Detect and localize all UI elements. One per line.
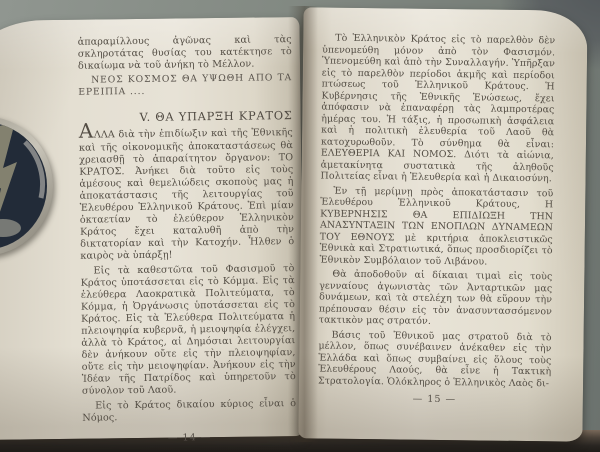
paragraph: ἀπαραμίλλους ἀγῶνας καὶ τὰς σκληροτάτας …: [78, 34, 292, 73]
paragraph: Τὸ Ἑλληνικὸν Κράτος εἰς τὸ παρελθὸν δὲν …: [321, 33, 556, 185]
lightning-bolt-badge-icon: [0, 112, 59, 262]
open-book-photo: ἀπαραμίλλους ἀγῶνας καὶ τὰς σκληροτάτας …: [0, 0, 600, 452]
book-page-right: Τὸ Ἑλληνικὸν Κράτος εἰς τὸ παρελθὸν δὲν …: [298, 7, 587, 441]
paragraph: Βάσις τοῦ Ἐθνικοῦ μας στρατοῦ διὰ τὸ μέλ…: [318, 329, 552, 389]
paragraph: Θὰ ἀποδοθοῦν αἱ δίκαιαι τιμαὶ εἰς τοὺς γ…: [319, 268, 553, 328]
paragraph: Εἰς τὰ καθεστῶτα τοῦ Φασισμοῦ τὸ Κράτος …: [80, 263, 296, 399]
section-heading: V. ΘΑ ΥΠΑΡΞΗ ΚΡΑΤΟΣ: [79, 110, 293, 126]
badge-emblem-svg: [0, 112, 59, 262]
paragraph-slogan: ΝΕΟΣ ΚΟΣΜΟΣ ΘΑ ΥΨΩΘΗ ΑΠΟ ΤΑ ΕΡΕΙΠΙΑ ....: [78, 72, 292, 99]
paragraph: Ἐν τῇ μερίμνῃ πρὸς ἀποκατάστασιν τοῦ Ἐλε…: [319, 185, 553, 268]
paragraph: ΑΛΛΑ διὰ τὴν ἐπιδίωξιν καὶ τῆς Ἐθνικῆς κ…: [79, 124, 295, 264]
paragraph: Εἰς τὸ Κράτος δικαίου κύριος εἶναι ὁ Νόμ…: [82, 398, 296, 425]
page-right-text-block: Τὸ Ἑλληνικὸν Κράτος εἰς τὸ παρελθὸν δὲν …: [299, 7, 588, 406]
page-number-right: — 15 —: [318, 392, 551, 406]
